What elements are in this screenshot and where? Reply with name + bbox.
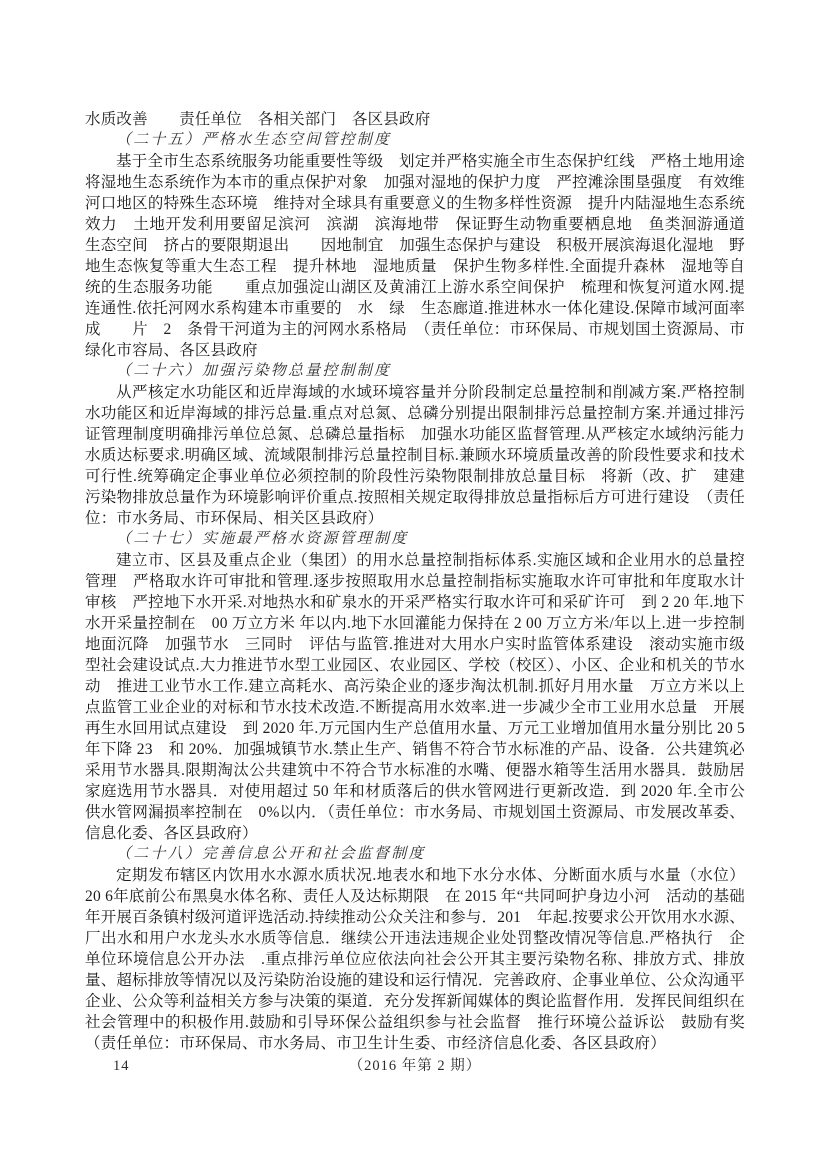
text-line: 审核 严控地下水开采.对地热水和矿泉水的开采严格实行取水许可和采矿许可 到 2 … [85, 592, 745, 613]
text-line: 管理 严格取水许可审批和管理.逐步按照取用水总量控制指标实施取水许可审批和年度取… [85, 571, 745, 592]
section-heading: （二十八）完善信息公开和社会监督制度 [85, 844, 745, 865]
text-line: 型社会建设试点.大力推进节水型工业园区、农业园区、学校（校区）、小区、企业和机关… [85, 655, 745, 676]
text-line: 信息化委、各区县政府） [85, 823, 745, 844]
text-line: 地面沉降 加强节水 三同时 评估与监管.推进对大用水户实时监管体系建设 滚动实施… [85, 634, 745, 655]
text-line: 证管理制度明确排污单位总氮、总磷总量指标 加强水功能区监督管理.从严核定水域纳污… [85, 424, 745, 445]
text-line: 采用节水器具.限期淘汰公共建筑中不符合节水标准的水嘴、便器水箱等生活用水器具．鼓… [85, 760, 745, 781]
text-line: 河口地区的特殊生态环境 维持对全球具有重要意义的生物多样性资源 提升内陆湿地生态… [85, 193, 745, 214]
text-line: 水质达标要求.明确区域、流域限制排污总量控制目标.兼顾水环境质量改善的阶段性要求… [85, 445, 745, 466]
text-line: 量、超标排放等情况以及污染防治设施的建设和运行情况．完善政府、企事业单位、公众沟… [85, 970, 745, 991]
text-line: 供水管网漏损率控制在 0%以内．（责任单位：市水务局、市规划国土资源局、市发展改… [85, 802, 745, 823]
text-line: 水功能区和近岸海域的排污总量.重点对总氮、总磷分别提出限制排污总量控制方案.并通… [85, 403, 745, 424]
text-line: 企业、公众等利益相关方参与决策的渠道．充分发挥新闻媒体的舆论监督作用．发挥民间组… [85, 991, 745, 1012]
text-line: 连通性.依托河网水系构建本市重要的 水 绿 生态廊道.推进林水一体化建设.保障市… [85, 298, 745, 319]
section-heading: （二十五）严格水生态空间管控制度 [85, 130, 745, 151]
text-line: 成 片 2 条骨干河道为主的河网水系格局 （责任单位：市环保局、市规划国土资源局… [85, 319, 745, 340]
text-line: 单位环境信息公开办法 .重点排污单位应依法向社会公开其主要污染物名称、排放方式、… [85, 949, 745, 970]
text-line: 年开展百条镇村级河道评选活动.持续推动公众关注和参与．201 年起.按要求公开饮… [85, 907, 745, 928]
section-heading: （二十六）加强污染物总量控制制度 [85, 361, 745, 382]
text-line: 从严核定水功能区和近岸海域的水域环境容量并分阶段制定总量控制和削减方案.严格控制… [85, 382, 745, 403]
text-line: 位：市水务局、市环保局、相关区县政府） [85, 508, 745, 529]
text-line: 污染物排放总量作为环境影响评价重点.按照相关规定取得排放总量指标后方可进行建设 … [85, 487, 745, 508]
text-line: 点监管工业企业的对标和节水技术改造.不断提高用水效率.进一步减少全市工业用水总量… [85, 697, 745, 718]
text-line: 再生水回用试点建设 到 2020 年.万元国内生产总值用水量、万元工业增加值用水… [85, 718, 745, 739]
text-line: 年下降 23 和 20%．加强城镇节水.禁止生产、销售不符合节水标准的产品、设备… [85, 739, 745, 760]
text-line: 定期发布辖区内饮用水水源水质状况.地表水和地下水分水体、分断面水质与水量（水位）… [85, 865, 745, 886]
text-line: 水开采量控制在 00 万立方米 年以内.地下水回灌能力保持在 2 00 万立方米… [85, 613, 745, 634]
section-heading: （二十七）实施最严格水资源管理制度 [85, 529, 745, 550]
text-line: 将湿地生态系统作为本市的重点保护对象 加强对湿地的保护力度 严控滩涂围垦强度 有… [85, 172, 745, 193]
text-line: （责任单位：市环保局、市水务局、市卫生计生委、市经济信息化委、各区县政府） [85, 1033, 745, 1054]
text-line: 水质改善 责任单位 各相关部门 各区县政府 [85, 109, 745, 130]
text-line: 绿化市容局、各区县政府 [85, 340, 745, 361]
issue-label: （2016 年第 2 期） [85, 1056, 745, 1077]
text-line: 动 推进工业节水工作.建立高耗水、高污染企业的逐步淘汰机制.抓好月用水量 万立方… [85, 676, 745, 697]
text-line: 20 6年底前公布黑臭水体名称、责任人及达标期限 在 2015 年“共同呵护身边… [85, 886, 745, 907]
page-footer: 14 （2016 年第 2 期） [85, 1056, 745, 1077]
text-line: 家庭选用节水器具．对使用超过 50 年和材质落后的供水管网进行更新改造．到 20… [85, 781, 745, 802]
text-line: 基于全市生态系统服务功能重要性等级 划定并严格实施全市生态保护红线 严格土地用途… [85, 151, 745, 172]
text-line: 统的生态服务功能 重点加强淀山湖区及黄浦江上游水系空间保护 梳理和恢复河道水网.… [85, 277, 745, 298]
text-line: 社会管理中的积极作用.鼓励和引导环保公益组织参与社会监督 推行环境公益诉讼 鼓励… [85, 1012, 745, 1033]
document-page: 水质改善 责任单位 各相关部门 各区县政府（二十五）严格水生态空间管控制度基于全… [0, 0, 827, 1170]
text-line: 地生态恢复等重大生态工程 提升林地 湿地质量 保护生物多样性.全面提升森林 湿地… [85, 256, 745, 277]
text-line: 厂出水和用户水龙头水水质等信息．继续公开违法违规企业处罚整改情况等信息.严格执行… [85, 928, 745, 949]
document-text-block: 水质改善 责任单位 各相关部门 各区县政府（二十五）严格水生态空间管控制度基于全… [85, 109, 745, 1054]
text-line: 生态空间 挤占的要限期退出 因地制宜 加强生态保护与建设 积极开展滨海退化湿地 … [85, 235, 745, 256]
text-line: 可行性.统筹确定企事业单位必须控制的阶段性污染物限制排放总量目标 将新（改、扩 … [85, 466, 745, 487]
text-line: 效力 土地开发利用要留足滨河 滨湖 滨海地带 保证野生动物重要栖息地 鱼类洄游通… [85, 214, 745, 235]
text-line: 建立市、区县及重点企业（集团）的用水总量控制指标体系.实施区域和企业用水的总量控… [85, 550, 745, 571]
